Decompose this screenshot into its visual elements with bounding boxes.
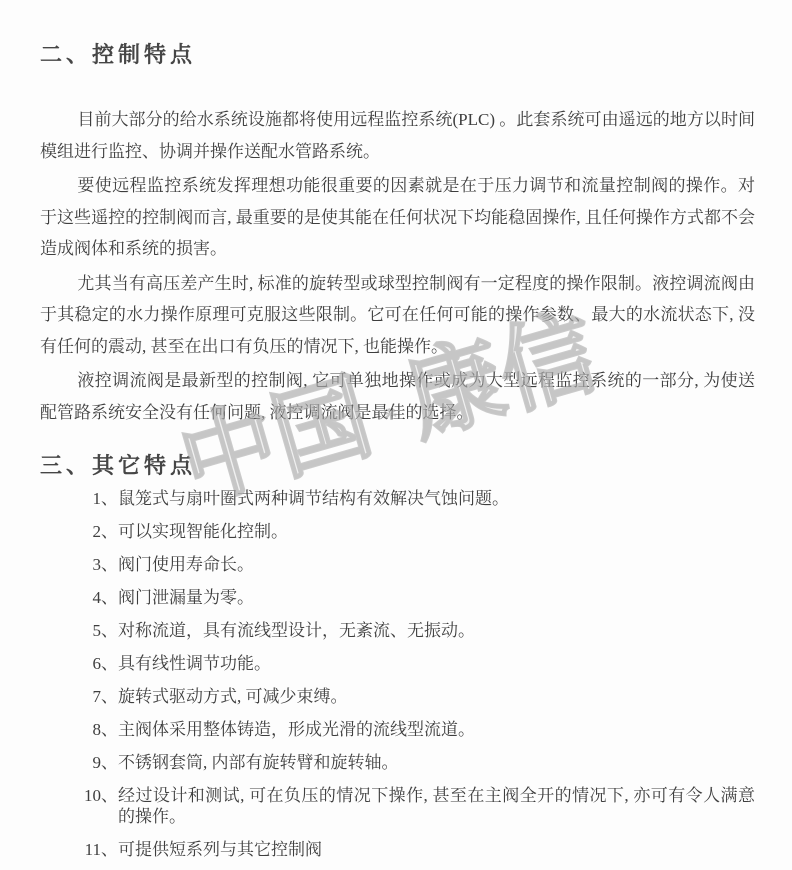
list-item-text: 阀门泄漏量为零。 xyxy=(118,587,755,608)
list-item-number: 4、 xyxy=(40,587,118,608)
list-item-number: 6、 xyxy=(40,653,118,674)
list-item: 7、 旋转式驱动方式, 可减少束缚。 xyxy=(40,686,755,707)
list-item-number: 5、 xyxy=(40,620,118,641)
list-item-text: 具有线性调节功能。 xyxy=(118,653,755,674)
list-item: 9、 不锈钢套筒, 内部有旋转臂和旋转轴。 xyxy=(40,752,755,773)
list-item: 11、 可提供短系列与其它控制阀 xyxy=(40,839,755,860)
list-item: 2、 可以实现智能化控制。 xyxy=(40,521,755,542)
list-item-number: 1、 xyxy=(40,488,118,509)
list-item-number: 3、 xyxy=(40,554,118,575)
list-item-text: 对称流道，具有流线型设计，无紊流、无振动。 xyxy=(118,620,755,641)
list-item: 8、 主阀体采用整体铸造，形成光滑的流线型流道。 xyxy=(40,719,755,740)
list-item-text: 旋转式驱动方式, 可减少束缚。 xyxy=(118,686,755,707)
list-item-number: 7、 xyxy=(40,686,118,707)
paragraph-plc-intro: 目前大部分的给水系统设施都将使用远程监控系统(PLC) 。此套系统可由遥远的地方… xyxy=(40,104,755,167)
list-item: 10、 经过设计和测试, 可在负压的情况下操作, 甚至在主阀全开的情况下, 亦可… xyxy=(40,785,755,827)
list-item: 3、 阀门使用寿命长。 xyxy=(40,554,755,575)
list-item-text: 鼠笼式与扇叶圈式两种调节结构有效解决气蚀问题。 xyxy=(118,488,755,509)
section-heading-control: 二、控制特点 xyxy=(40,42,755,68)
list-item-text: 主阀体采用整体铸造，形成光滑的流线型流道。 xyxy=(118,719,755,740)
list-item-number: 9、 xyxy=(40,752,118,773)
paragraph-best-choice: 液控调流阀是最新型的控制阀, 它可单独地操作或成为大型远程监控系统的一部分, 为… xyxy=(40,365,755,428)
paragraph-pressure-limits: 尤其当有高压差产生时, 标准的旋转型或球型控制阀有一定程度的操作限制。液控调流阀… xyxy=(40,268,755,363)
list-item-number: 11、 xyxy=(40,839,118,860)
list-item-text: 不锈钢套筒, 内部有旋转臂和旋转轴。 xyxy=(118,752,755,773)
list-item-number: 10、 xyxy=(40,785,118,827)
section-heading-other: 三、其它特点 xyxy=(40,453,755,479)
list-item-text: 阀门使用寿命长。 xyxy=(118,554,755,575)
list-item-text: 经过设计和测试, 可在负压的情况下操作, 甚至在主阀全开的情况下, 亦可有令人满… xyxy=(118,785,755,827)
list-item-number: 8、 xyxy=(40,719,118,740)
paragraph-remote-valves: 要使远程监控系统发挥理想功能很重要的因素就是在于压力调节和流量控制阀的操作。对于… xyxy=(40,170,755,265)
feature-list: 1、 鼠笼式与扇叶圈式两种调节结构有效解决气蚀问题。 2、 可以实现智能化控制。… xyxy=(40,488,755,860)
list-item-text: 可提供短系列与其它控制阀 xyxy=(118,839,755,860)
list-item: 6、 具有线性调节功能。 xyxy=(40,653,755,674)
list-item-number: 2、 xyxy=(40,521,118,542)
list-item-text: 可以实现智能化控制。 xyxy=(118,521,755,542)
list-item: 5、 对称流道，具有流线型设计，无紊流、无振动。 xyxy=(40,620,755,641)
list-item: 4、 阀门泄漏量为零。 xyxy=(40,587,755,608)
document-page: 中国*康信 二、控制特点 目前大部分的给水系统设施都将使用远程监控系统(PLC)… xyxy=(0,0,792,870)
list-item: 1、 鼠笼式与扇叶圈式两种调节结构有效解决气蚀问题。 xyxy=(40,488,755,509)
